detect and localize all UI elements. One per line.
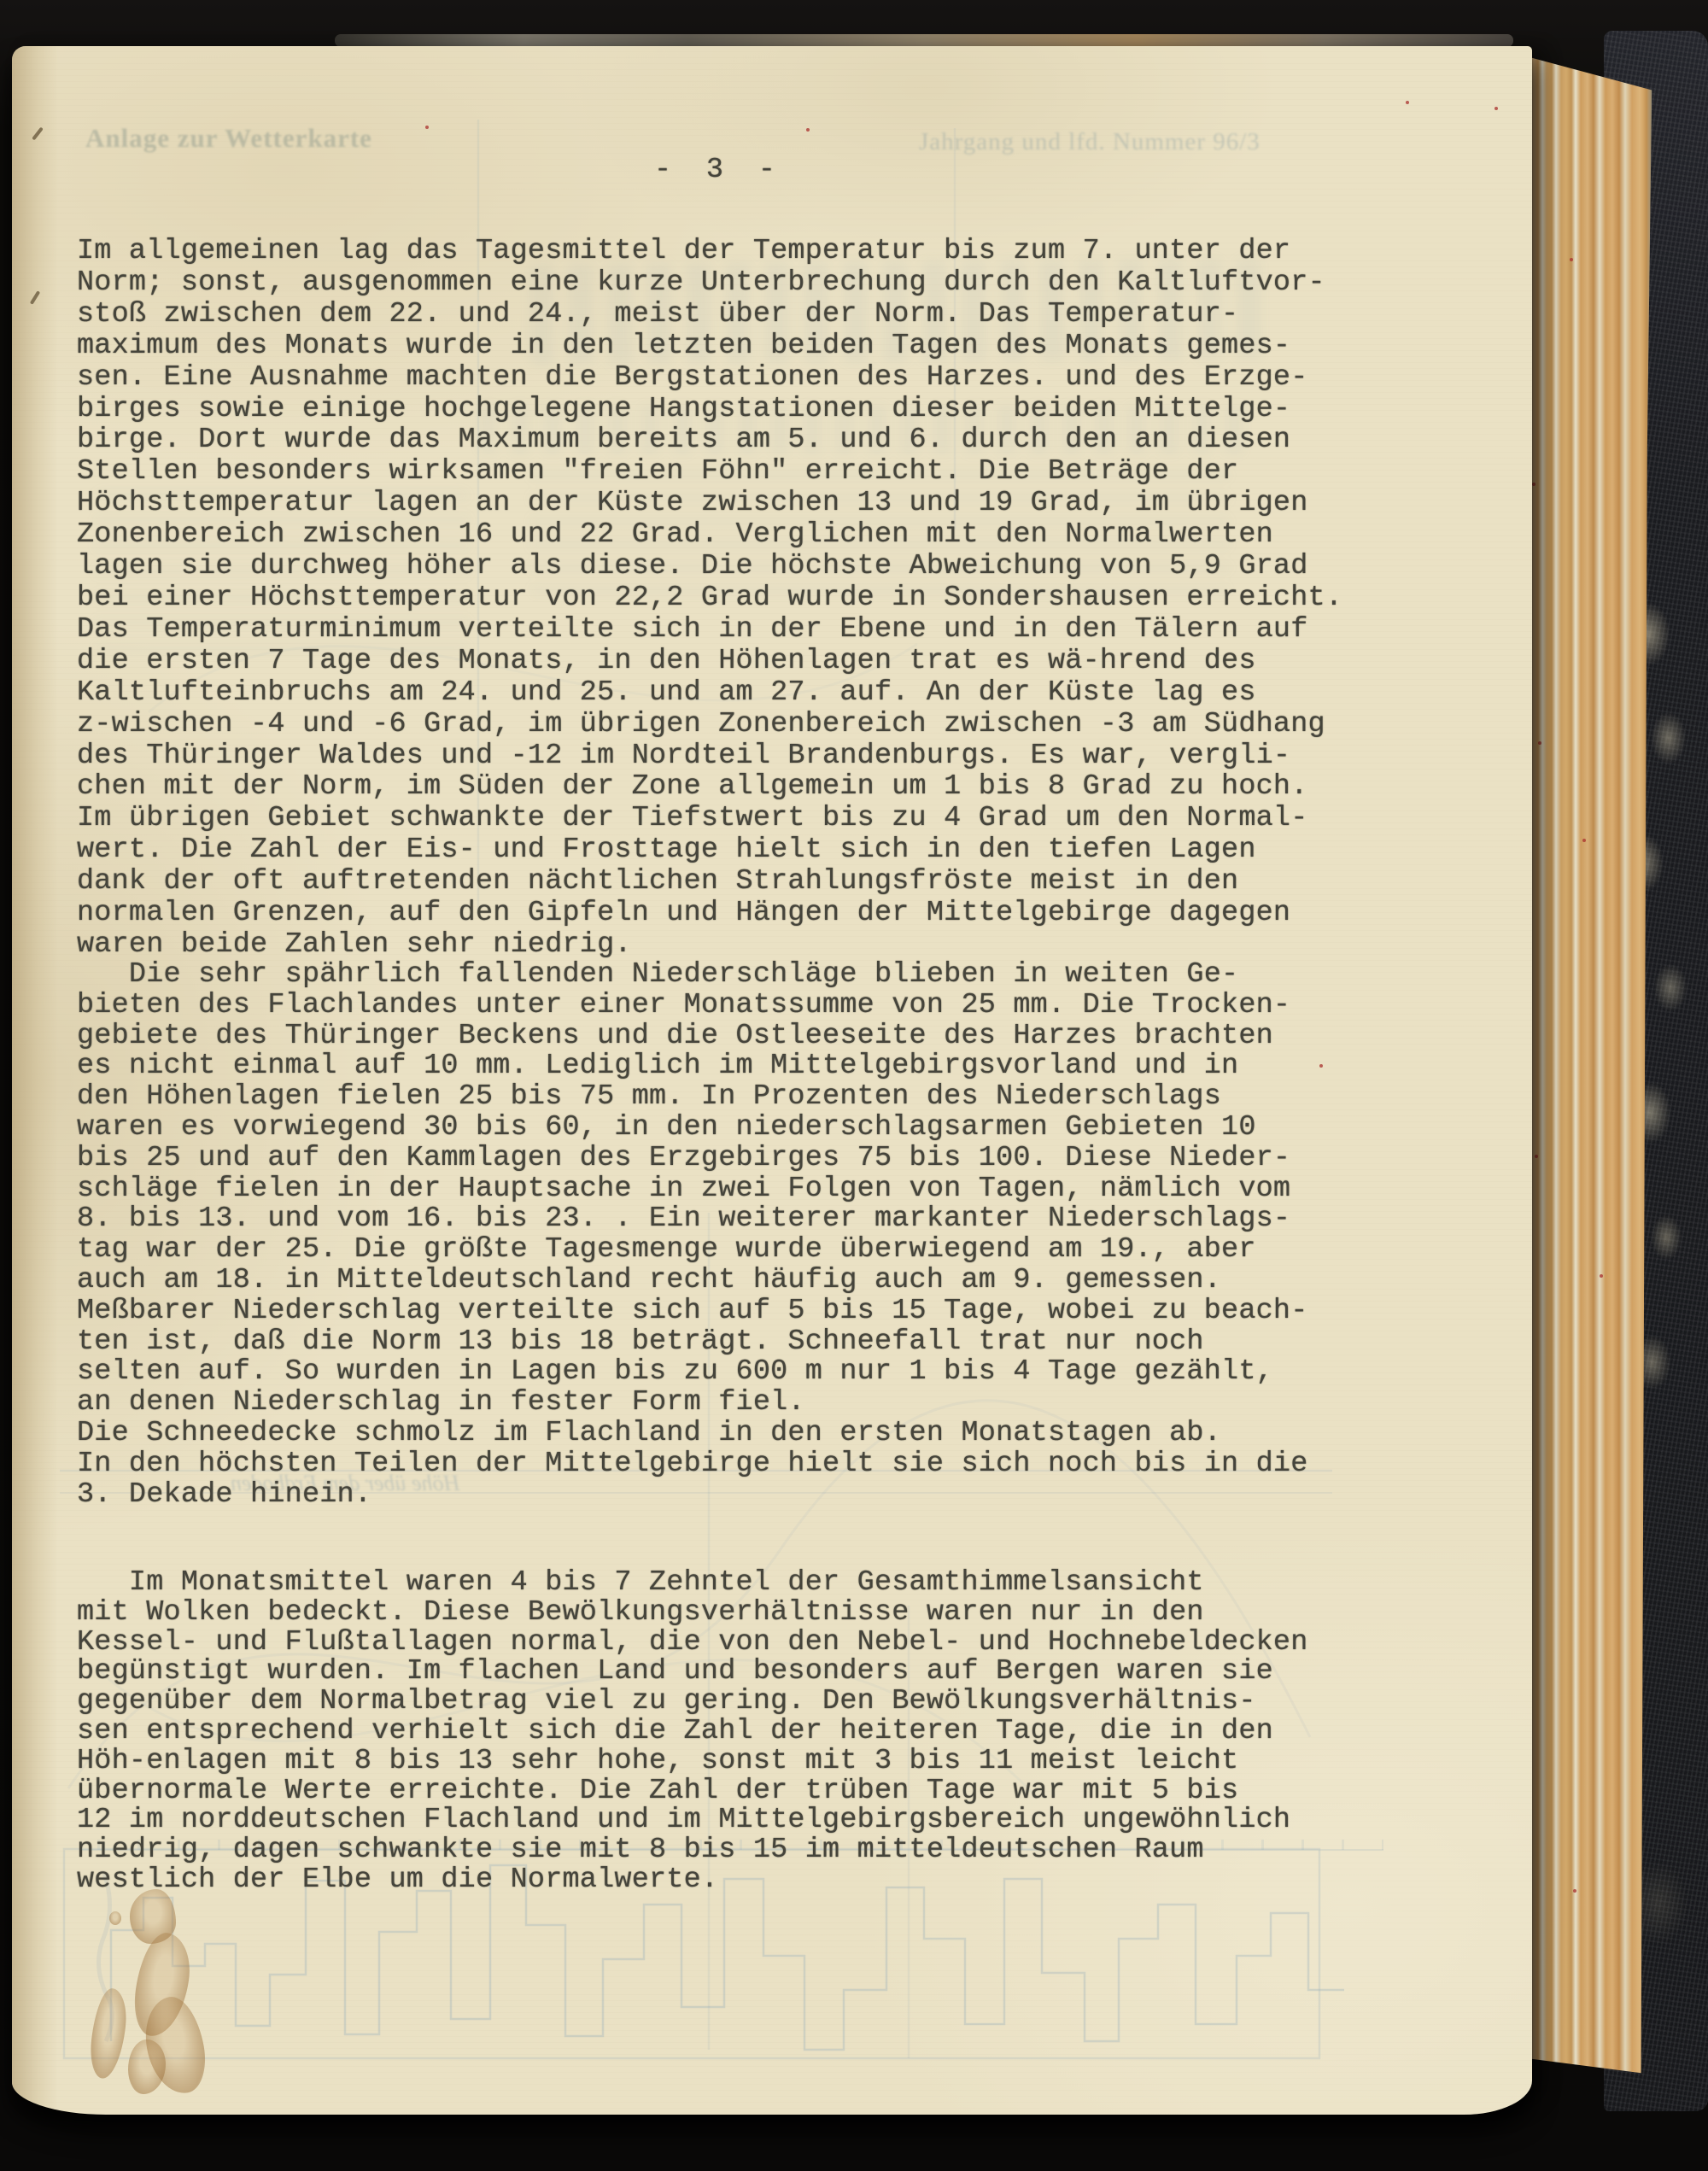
red-speck xyxy=(1582,839,1586,842)
red-speck xyxy=(1538,741,1541,745)
typed-paragraph-temperature: Im allgemeinen lag das Tagesmittel der T… xyxy=(77,236,1342,961)
scanned-book-photo: Anlage zur Wetterkarte Jahrgang und lfd.… xyxy=(0,0,1708,2171)
page-number: - 3 - xyxy=(654,154,775,186)
red-speck xyxy=(1535,1155,1538,1158)
red-speck xyxy=(425,126,429,129)
red-speck xyxy=(1406,101,1409,104)
document-page: Anlage zur Wetterkarte Jahrgang und lfd.… xyxy=(12,46,1532,2115)
red-speck xyxy=(806,128,810,132)
typed-paragraph-precipitation: Die sehr spährlich fallenden Niederschlä… xyxy=(77,960,1308,1510)
red-speck xyxy=(1600,1274,1603,1278)
red-speck xyxy=(1570,258,1573,261)
red-speck xyxy=(1532,483,1535,486)
top-page-edges xyxy=(335,34,1513,47)
red-speck xyxy=(1319,1064,1323,1068)
typed-paragraph-cloudiness: Im Monatsmittel waren 4 bis 7 Zehntel de… xyxy=(77,1568,1308,1895)
stain-spot xyxy=(109,1911,121,1925)
red-speck xyxy=(1494,107,1498,110)
red-speck xyxy=(1573,1889,1576,1893)
